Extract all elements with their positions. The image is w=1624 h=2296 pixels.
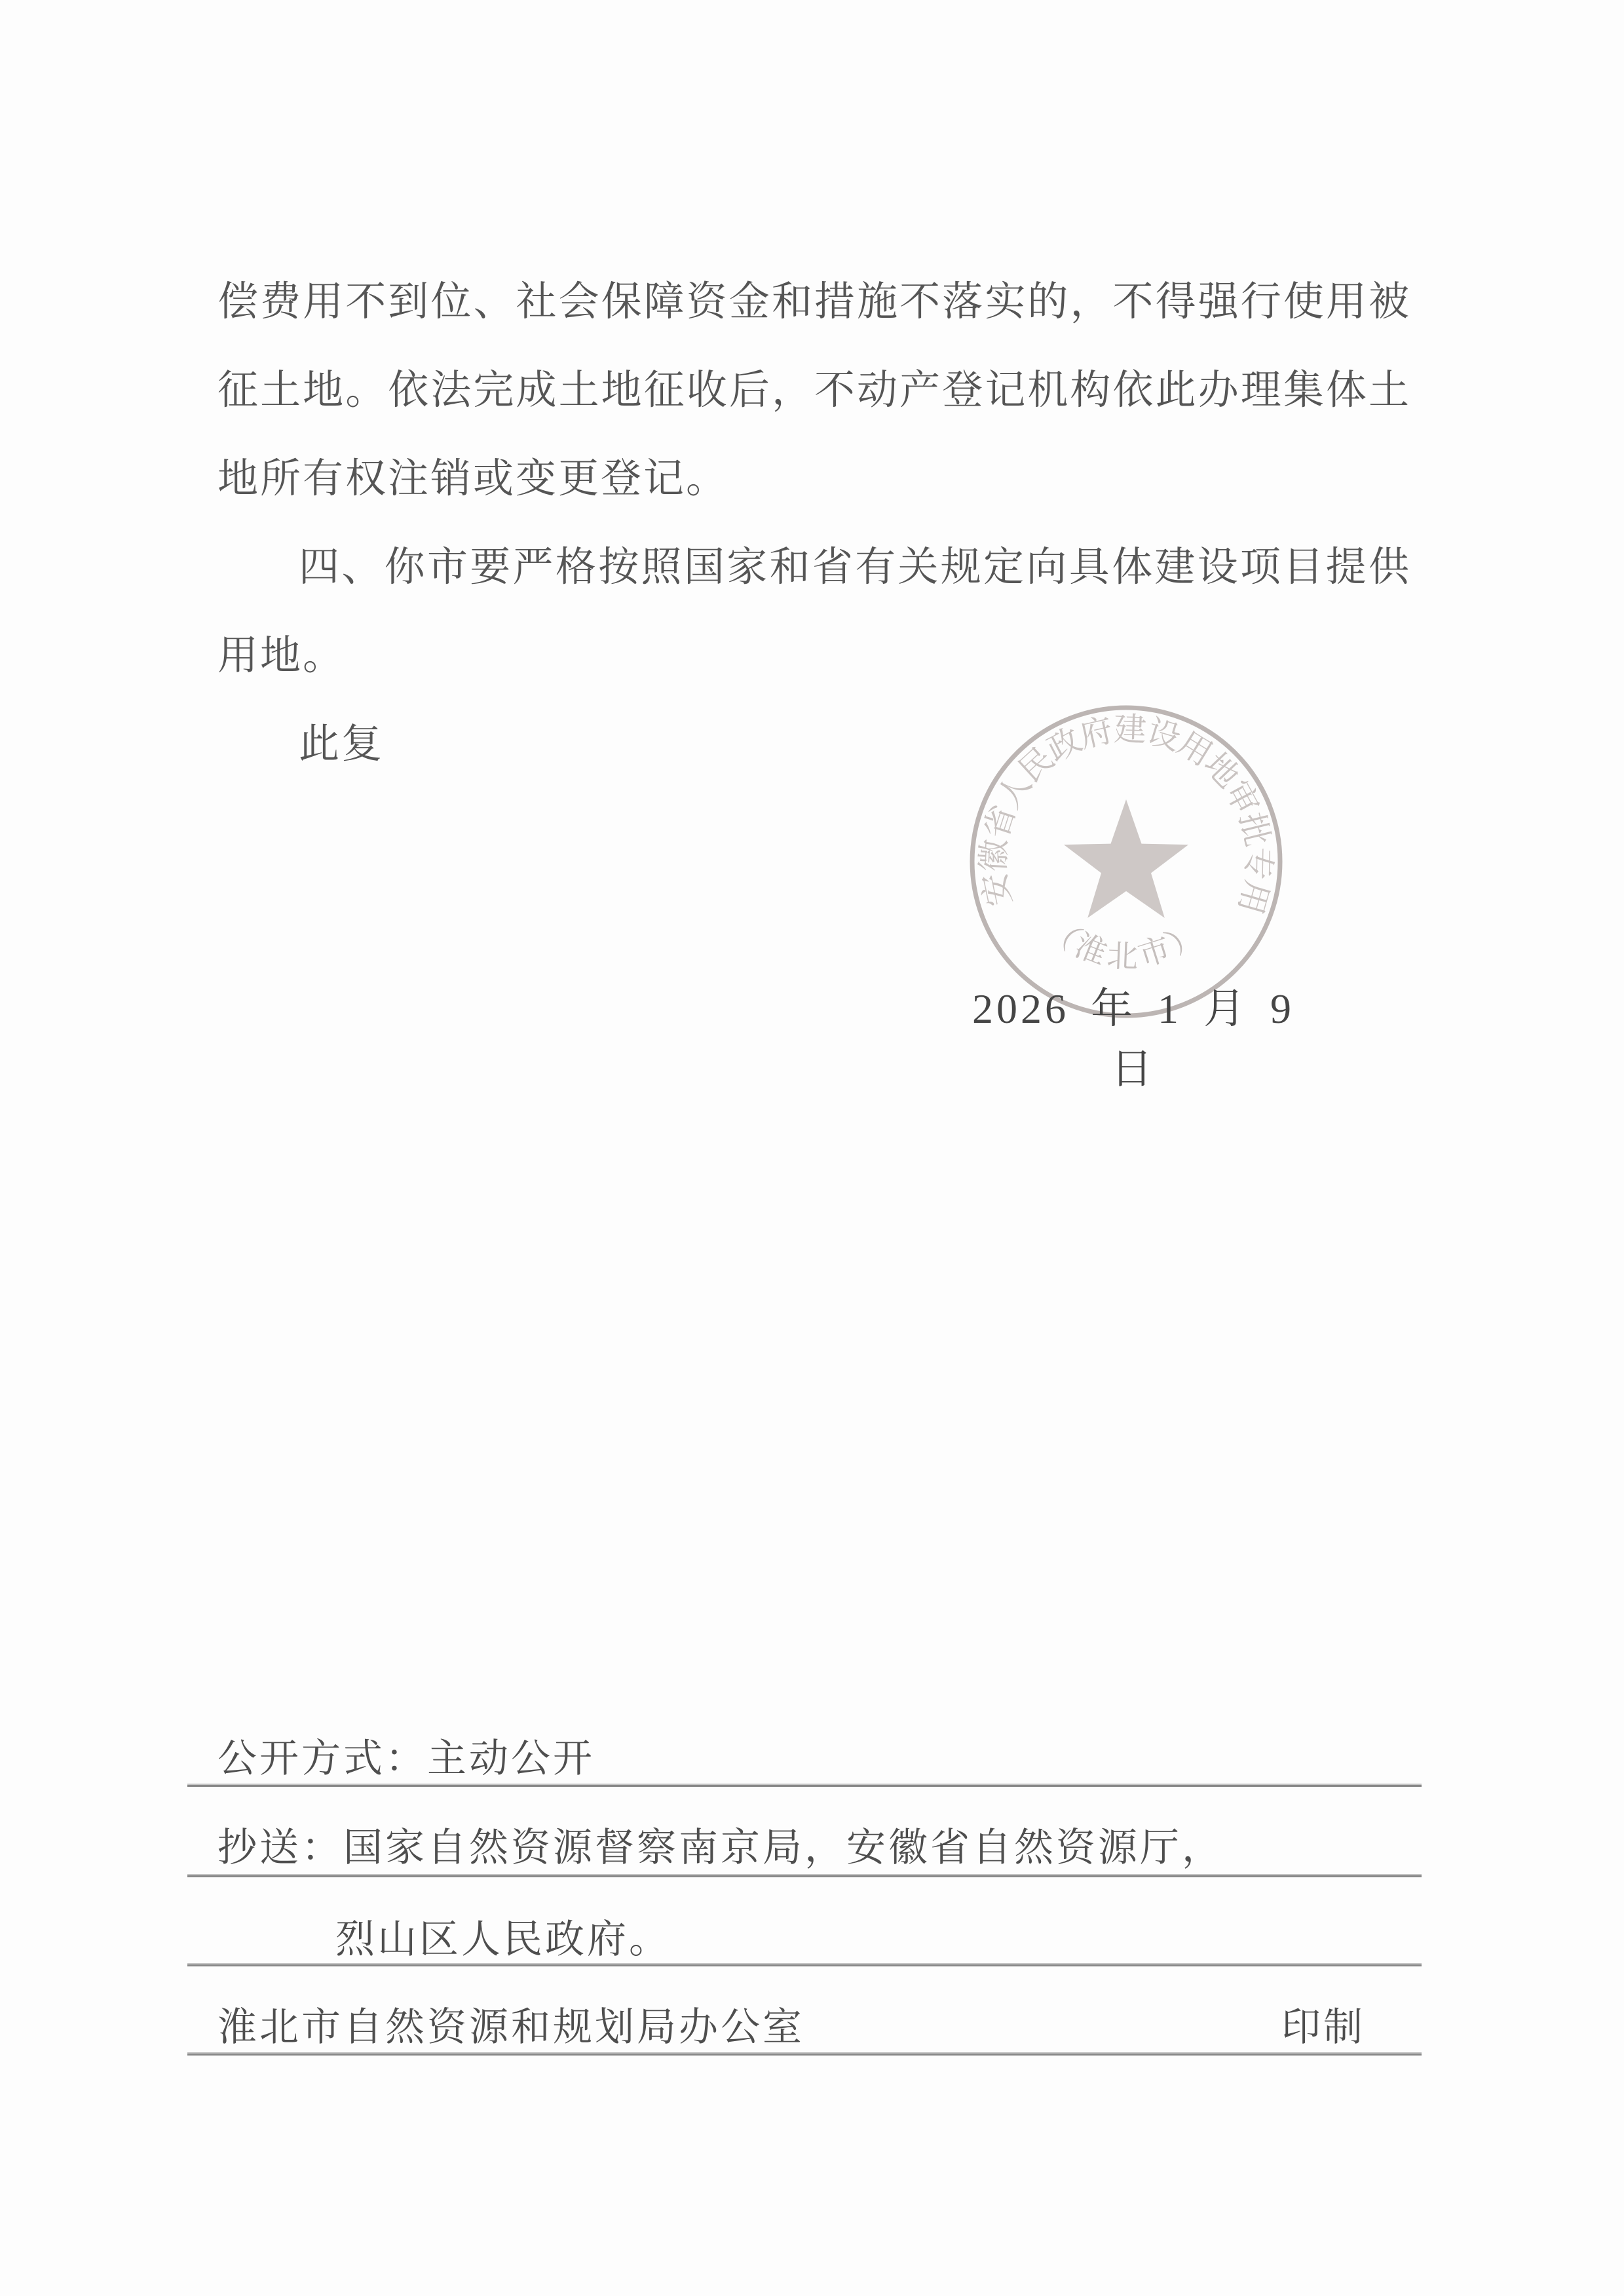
issuer-row: 淮北市自然资源和规划局办公室 印制 <box>217 1996 1365 2052</box>
publicity-line: 公开方式：主动公开 <box>217 1727 595 1784</box>
paragraph-item-four: 四、你市要严格按照国家和省有关规定向具体建设项目提供用地。 <box>217 524 1411 700</box>
document-date: 2026 年 1 月 9 日 <box>970 975 1297 1096</box>
print-label: 印制 <box>1281 1996 1365 2052</box>
paragraph-continuation: 偿费用不到位、社会保障资金和措施不落实的，不得强行使用被征土地。依法完成土地征收… <box>217 258 1411 524</box>
cc-line-1: 抄送：国家自然资源督察南京局，安徽省自然资源厅， <box>217 1816 1224 1873</box>
issuer-office: 淮北市自然资源和规划局办公室 <box>217 1996 804 2052</box>
divider-line <box>187 1963 1422 1966</box>
document-page: 偿费用不到位、社会保障资金和措施不落实的，不得强行使用被征土地。依法完成土地征收… <box>0 0 1624 2296</box>
divider-line <box>187 1784 1422 1787</box>
cc-line-2: 烈山区人民政府。 <box>217 1908 671 1964</box>
divider-line <box>187 1874 1422 1877</box>
seal-bottom-text: （淮北市） <box>1040 909 1206 975</box>
divider-line <box>187 2052 1422 2056</box>
document-footer: 公开方式：主动公开 抄送：国家自然资源督察南京局，安徽省自然资源厅， 烈山区人民… <box>0 1704 1624 2162</box>
star-icon <box>1064 799 1188 918</box>
